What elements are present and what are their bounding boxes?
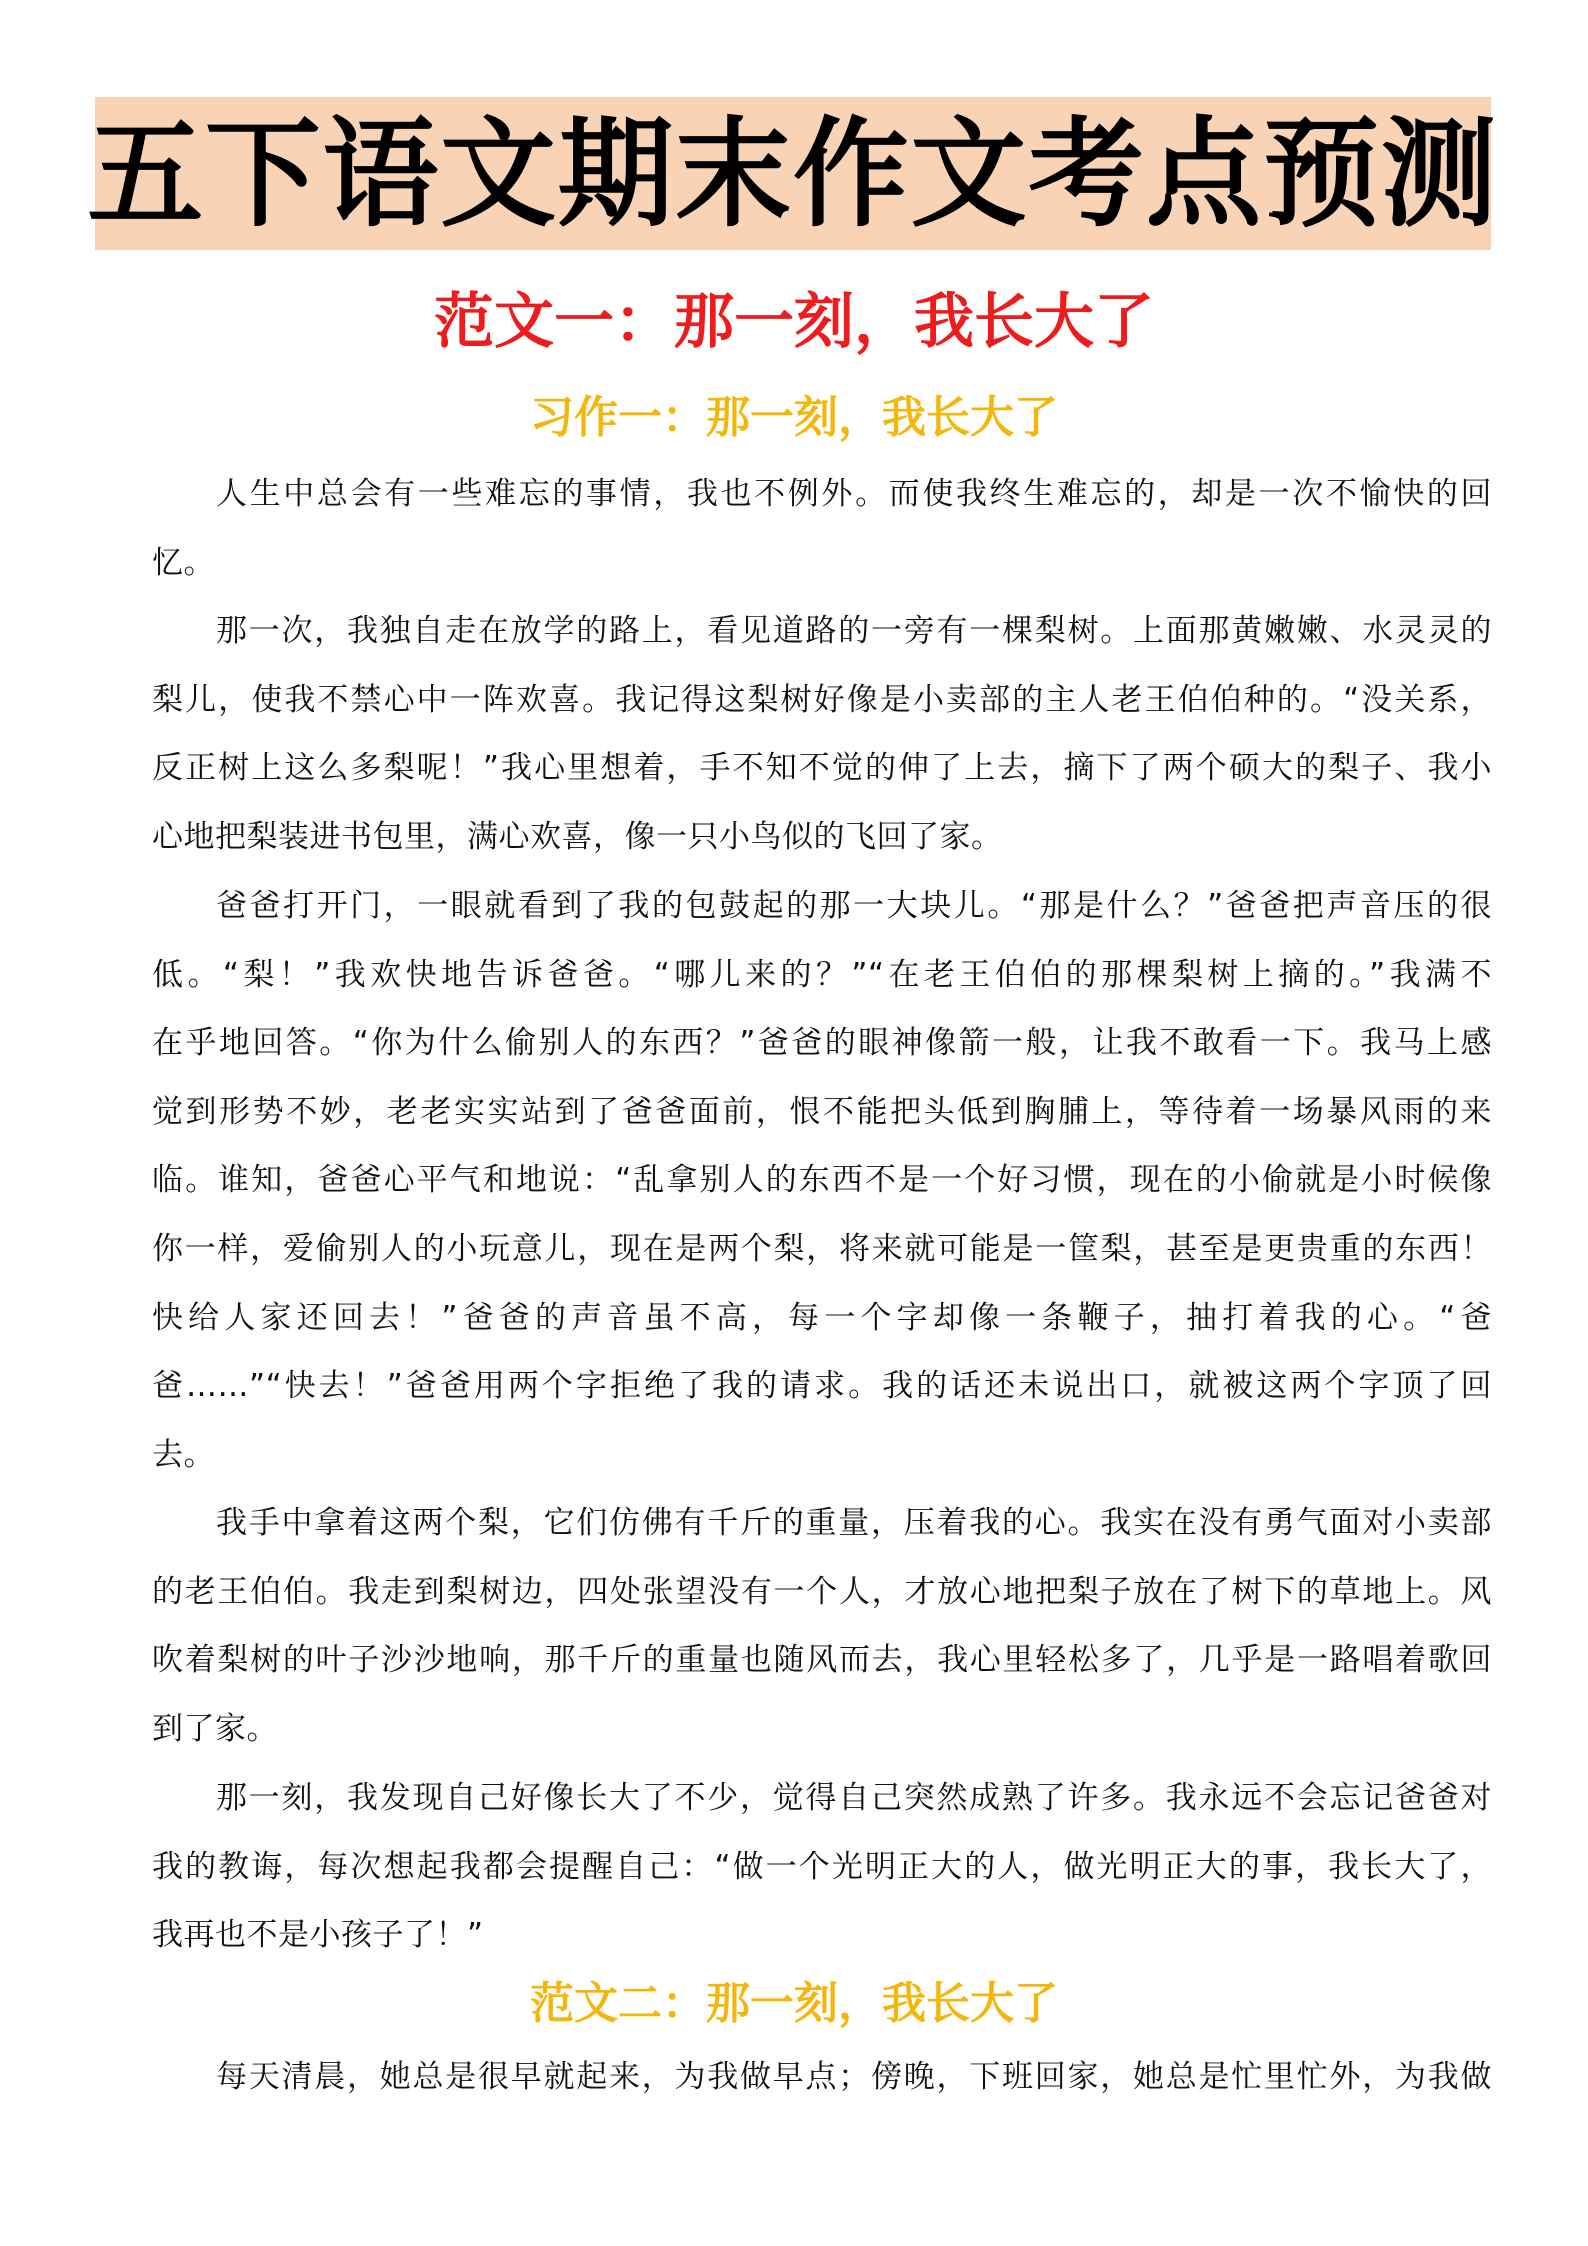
- text-line: 反正树上这么多梨呢！”我心里想着，手不知不觉的伸了上去，摘下了两个硕大的梨子、我…: [152, 734, 1492, 803]
- essay1-paragraph-3: 爸爸打开门，一眼就看到了我的包鼓起的那一大块儿。“那是什么？”爸爸把声音压的很 …: [152, 872, 1492, 1489]
- text-line: 爸……”“快去！”爸爸用两个字拒绝了我的请求。我的话还未说出口，就被这两个字顶了…: [152, 1352, 1492, 1421]
- title-banner: 五下语文期末作文考点预测: [95, 97, 1491, 250]
- essay2-heading: 范文二：那一刻，我长大了: [0, 1982, 1588, 2026]
- text-line: 到了家。: [152, 1695, 1492, 1764]
- text-line: 心地把梨装进书包里，满心欢喜，像一只小鸟似的飞回了家。: [152, 803, 1492, 872]
- text-line: 我的教诲，每次想起我都会提醒自己：“做一个光明正大的人，做光明正大的事，我长大了…: [152, 1833, 1492, 1902]
- text-line: 每天清晨，她总是很早就起来，为我做早点；傍晚，下班回家，她总是忙里忙外，为我做: [152, 2043, 1492, 2112]
- essay1-paragraph-1: 人生中总会有一些难忘的事情，我也不例外。而使我终生难忘的，却是一次不愉快的回 忆…: [152, 460, 1492, 597]
- text-line: 梨儿，使我不禁心中一阵欢喜。我记得这梨树好像是小卖部的主人老王伯伯种的。“没关系…: [152, 666, 1492, 735]
- essay1-paragraph-2: 那一次，我独自走在放学的路上，看见道路的一旁有一棵梨树。上面那黄嫩嫩、水灵灵的 …: [152, 597, 1492, 871]
- text-line: 爸爸打开门，一眼就看到了我的包鼓起的那一大块儿。“那是什么？”爸爸把声音压的很: [152, 872, 1492, 941]
- text-line: 低。“梨！”我欢快地告诉爸爸。“哪儿来的？”“在老王伯伯的那棵梨树上摘的。”我满…: [152, 941, 1492, 1010]
- text-line: 忆。: [152, 529, 1492, 598]
- text-line: 吹着梨树的叶子沙沙地响，那千斤的重量也随风而去，我心里轻松多了，几乎是一路唱着歌…: [152, 1626, 1492, 1695]
- text-line: 去。: [152, 1421, 1492, 1490]
- text-line: 临。谁知，爸爸心平气和地说：“乱拿别人的东西不是一个好习惯，现在的小偷就是小时候…: [152, 1146, 1492, 1215]
- text-line: 我手中拿着这两个梨，它们仿佛有千斤的重量，压着我的心。我实在没有勇气面对小卖部: [152, 1489, 1492, 1558]
- essay1-subheading: 习作一：那一刻，我长大了: [0, 396, 1588, 440]
- text-line: 我再也不是小孩子了！”: [152, 1901, 1492, 1970]
- text-line: 你一样，爱偷别人的小玩意儿，现在是两个梨，将来就可能是一筐梨，甚至是更贵重的东西…: [152, 1215, 1492, 1284]
- essay1-paragraph-4: 我手中拿着这两个梨，它们仿佛有千斤的重量，压着我的心。我实在没有勇气面对小卖部 …: [152, 1489, 1492, 1763]
- document-title: 五下语文期末作文考点预测: [87, 115, 1498, 233]
- text-line: 的老王伯伯。我走到梨树边，四处张望没有一个人，才放心地把梨子放在了树下的草地上。…: [152, 1558, 1492, 1627]
- essay1-heading: 范文一：那一刻，我长大了: [0, 292, 1588, 352]
- text-line: 觉到形势不妙，老老实实站到了爸爸面前，恨不能把头低到胸脯上，等待着一场暴风雨的来: [152, 1078, 1492, 1147]
- text-line: 人生中总会有一些难忘的事情，我也不例外。而使我终生难忘的，却是一次不愉快的回: [152, 460, 1492, 529]
- text-line: 快给人家还回去！”爸爸的声音虽不高，每一个字却像一条鞭子，抽打着我的心。“爸: [152, 1284, 1492, 1353]
- text-line: 那一次，我独自走在放学的路上，看见道路的一旁有一棵梨树。上面那黄嫩嫩、水灵灵的: [152, 597, 1492, 666]
- essay1-paragraph-5: 那一刻，我发现自己好像长大了不少，觉得自己突然成熟了许多。我永远不会忘记爸爸对 …: [152, 1764, 1492, 1970]
- essay2-paragraph-1: 每天清晨，她总是很早就起来，为我做早点；傍晚，下班回家，她总是忙里忙外，为我做: [152, 2043, 1492, 2112]
- text-line: 那一刻，我发现自己好像长大了不少，觉得自己突然成熟了许多。我永远不会忘记爸爸对: [152, 1764, 1492, 1833]
- text-line: 在乎地回答。“你为什么偷别人的东西？”爸爸的眼神像箭一般，让我不敢看一下。我马上…: [152, 1009, 1492, 1078]
